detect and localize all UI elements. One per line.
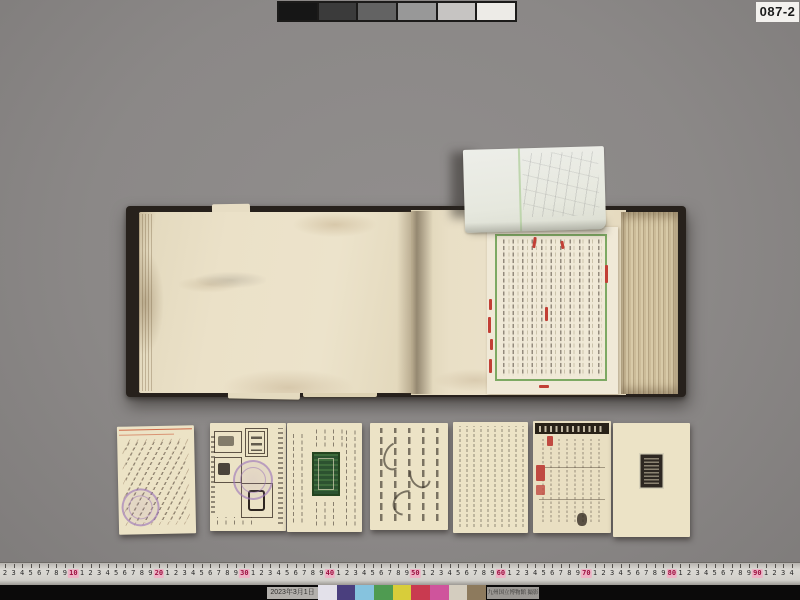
ruler-number: 8	[653, 569, 657, 578]
ruler-number: 1	[80, 569, 84, 578]
ruler-tick	[193, 564, 194, 568]
stamp-inner-frame	[318, 458, 334, 490]
ruler-tick	[706, 564, 707, 568]
ruler-tick	[210, 564, 211, 568]
ruler-tick	[313, 564, 314, 568]
printed-kanji-box	[245, 428, 268, 457]
ruler-number: 5	[200, 569, 204, 578]
ruler-tick	[347, 564, 348, 568]
grayscale-patch	[477, 3, 515, 20]
handwriting-pattern	[290, 433, 310, 525]
book-gutter-shadow	[397, 211, 433, 394]
ruler-number: 9	[234, 569, 238, 578]
ruler-tick	[99, 564, 100, 568]
ruler-decade-number: 70	[581, 569, 591, 578]
ruler-tick	[125, 564, 126, 568]
red-border-line	[119, 434, 174, 436]
ruler-number: 8	[396, 569, 400, 578]
printed-title-band	[535, 423, 609, 434]
ruler-tick	[509, 564, 510, 568]
ruler-number: 2	[3, 569, 7, 578]
ruler-tick	[672, 564, 673, 568]
museum-credit-label: 九州国立博物館 撮影	[487, 587, 539, 599]
ruler-number: 2	[687, 569, 691, 578]
ruler-tick	[569, 564, 570, 568]
ruler-tick	[621, 564, 622, 568]
ruler-number: 5	[713, 569, 717, 578]
red-seal-mark	[547, 436, 553, 446]
ink-smudge	[577, 513, 587, 526]
faint-pencil-note	[196, 272, 266, 288]
ruler-tick	[484, 564, 485, 568]
ruler-tick	[749, 564, 750, 568]
printed-side-column	[278, 428, 283, 524]
grayscale-patch	[398, 3, 436, 20]
ruler-number: 3	[524, 569, 528, 578]
ruler-number: 6	[379, 569, 383, 578]
ruler-number: 1	[678, 569, 682, 578]
handwriting-pattern	[313, 427, 343, 449]
ruler-tick	[595, 564, 596, 568]
ruler-number: 6	[465, 569, 469, 578]
ruler-tick	[219, 564, 220, 568]
ruler-tick	[638, 564, 639, 568]
ruler-tick	[415, 564, 416, 568]
ruler-number: 2	[430, 569, 434, 578]
ruler-number: 6	[123, 569, 127, 578]
manuscript-sheet	[487, 227, 618, 394]
ruler-number: 2	[601, 569, 605, 578]
postmark-inner-ring	[128, 495, 152, 519]
ruler-number: 4	[276, 569, 280, 578]
ruler-number: 7	[302, 569, 306, 578]
ruler-tick	[356, 564, 357, 568]
ruler-tick	[475, 564, 476, 568]
ruler-tick	[586, 564, 587, 568]
ruler-number: 6	[37, 569, 41, 578]
ruler-tick	[176, 564, 177, 568]
printed-rule-line	[539, 467, 605, 468]
ruler-tick	[373, 564, 374, 568]
ruler-number: 8	[738, 569, 742, 578]
ruler-number: 9	[63, 569, 67, 578]
ruler-number: 1	[336, 569, 340, 578]
grayscale-patch	[358, 3, 396, 20]
ruler-tick	[244, 564, 245, 568]
ruler-tick	[527, 564, 528, 568]
red-annotation-mark	[539, 385, 549, 388]
grayscale-patch	[319, 3, 357, 20]
measurement-ruler: 2345678910123456789201234567893012345678…	[0, 562, 800, 585]
ruler-tick	[279, 564, 280, 568]
ruler-tick	[304, 564, 305, 568]
ruler-tick	[116, 564, 117, 568]
ruler-number: 4	[618, 569, 622, 578]
ruler-tick	[732, 564, 733, 568]
ruler-tick	[433, 564, 434, 568]
title-band-glyphs	[539, 426, 605, 432]
ruler-number: 7	[730, 569, 734, 578]
ruler-number: 9	[405, 569, 409, 578]
red-border-line	[119, 428, 192, 431]
ruler-tick	[698, 564, 699, 568]
ruler-tick	[467, 564, 468, 568]
ruler-tick	[757, 564, 758, 568]
ruler-number: 3	[182, 569, 186, 578]
postcard-with-green-stamp	[287, 423, 362, 532]
color-patch	[374, 585, 393, 600]
printed-box	[214, 431, 242, 453]
ruler-number: 4	[105, 569, 109, 578]
ruler-tick	[561, 564, 562, 568]
ruler-tick	[14, 564, 15, 568]
handwriting-pattern	[313, 501, 341, 528]
folded-paper-sheet	[463, 146, 606, 233]
ruler-tick	[321, 564, 322, 568]
ruler-tick	[262, 564, 263, 568]
ruler-tick	[330, 564, 331, 568]
ruler-tick	[142, 564, 143, 568]
handwriting-pattern	[214, 517, 256, 527]
ruler-decade-number: 40	[325, 569, 335, 578]
ruler-tick	[766, 564, 767, 568]
ruler-number: 4	[447, 569, 451, 578]
ruler-tick	[501, 564, 502, 568]
ruler-tick	[604, 564, 605, 568]
postmark-inner-ring	[240, 467, 266, 493]
ruler-number: 3	[11, 569, 15, 578]
ruler-number: 5	[285, 569, 289, 578]
ruler-number: 3	[781, 569, 785, 578]
ruler-tick	[792, 564, 793, 568]
postcard-blank-with-stamp	[613, 423, 690, 537]
green-postage-stamp-icon	[312, 452, 340, 496]
ruler-number: 1	[251, 569, 255, 578]
ruler-number: 9	[148, 569, 152, 578]
ruler-number: 6	[208, 569, 212, 578]
ruler-tick	[552, 564, 553, 568]
ruler-tick	[22, 564, 23, 568]
ruler-number: 3	[353, 569, 357, 578]
ruler-number: 7	[559, 569, 563, 578]
red-seal-mark	[536, 465, 545, 481]
ruler-tick	[629, 564, 630, 568]
ruler-tick	[287, 564, 288, 568]
handwriting-pattern	[457, 426, 524, 529]
capture-date-label: 2023年3月1日	[267, 587, 318, 599]
ruler-number: 9	[490, 569, 494, 578]
ruler-number: 1	[165, 569, 169, 578]
ruler-tick	[441, 564, 442, 568]
ruler-number: 9	[747, 569, 751, 578]
ruler-tick	[296, 564, 297, 568]
ruler-number: 8	[140, 569, 144, 578]
ruler-decade-number: 60	[496, 569, 506, 578]
ruler-number: 9	[319, 569, 323, 578]
color-calibration-patches	[318, 585, 486, 600]
ruler-tick	[31, 564, 32, 568]
red-seal-mark	[536, 485, 545, 495]
ruler-number: 6	[550, 569, 554, 578]
ruler-decade-number: 30	[239, 569, 249, 578]
grayscale-patch	[279, 3, 317, 20]
red-annotation-mark	[545, 307, 548, 321]
ruler-number: 2	[174, 569, 178, 578]
ruler-number: 9	[576, 569, 580, 578]
ruler-tick	[578, 564, 579, 568]
ruler-number: 3	[268, 569, 272, 578]
ruler-tick	[56, 564, 57, 568]
ruler-tick	[270, 564, 271, 568]
ruler-number: 7	[388, 569, 392, 578]
ruler-number: 4	[704, 569, 708, 578]
ruler-number: 5	[114, 569, 118, 578]
ruler-tick	[407, 564, 408, 568]
ruler-tick	[544, 564, 545, 568]
ruler-number: 3	[610, 569, 614, 578]
ruler-number: 6	[636, 569, 640, 578]
faint-pencil-writing	[522, 151, 600, 217]
ruler-tick	[167, 564, 168, 568]
ruler-tick	[390, 564, 391, 568]
red-annotation-mark	[489, 299, 492, 310]
ruler-tick	[364, 564, 365, 568]
red-annotation-mark	[489, 359, 492, 373]
ruler-number: 7	[131, 569, 135, 578]
red-annotation-mark	[605, 265, 608, 283]
handwriting-pattern	[343, 428, 359, 528]
ruler-number: 8	[225, 569, 229, 578]
ruler-tick	[492, 564, 493, 568]
ruler-number: 7	[473, 569, 477, 578]
ruler-number: 8	[311, 569, 315, 578]
ruler-decade-number: 80	[667, 569, 677, 578]
ruler-number: 6	[294, 569, 298, 578]
black-ornate-stamp-icon	[639, 453, 664, 489]
ruler-number: 7	[217, 569, 221, 578]
color-patch	[393, 585, 412, 600]
ruler-tick	[424, 564, 425, 568]
grayscale-calibration-bar	[277, 1, 517, 22]
ruler-tick	[646, 564, 647, 568]
printed-illustration	[218, 436, 234, 446]
ruler-tick	[5, 564, 6, 568]
ruler-tick	[723, 564, 724, 568]
ruler-tick	[680, 564, 681, 568]
ruler-number: 4	[789, 569, 793, 578]
ruler-number: 4	[533, 569, 537, 578]
postcard-printed-notice	[533, 421, 611, 533]
printed-illustration	[218, 463, 230, 475]
grayscale-patch	[438, 3, 476, 20]
ruler-number: 9	[661, 569, 665, 578]
ruler-number: 3	[97, 569, 101, 578]
ruler-number: 1	[422, 569, 426, 578]
ruler-tick	[133, 564, 134, 568]
ruler-tick	[150, 564, 151, 568]
color-patch	[430, 585, 449, 600]
red-annotation-mark	[490, 339, 493, 350]
ruler-tick	[202, 564, 203, 568]
ruler-number: 1	[507, 569, 511, 578]
ruler-tick	[612, 564, 613, 568]
ruler-number: 5	[542, 569, 546, 578]
ruler-number: 4	[20, 569, 24, 578]
ruler-tick	[253, 564, 254, 568]
ruler-tick	[73, 564, 74, 568]
ruler-tick	[338, 564, 339, 568]
ruler-tick	[775, 564, 776, 568]
ruler-number: 3	[439, 569, 443, 578]
ruler-number: 8	[54, 569, 58, 578]
color-patch	[355, 585, 374, 600]
red-annotation-mark	[488, 317, 491, 333]
printed-text-columns	[540, 439, 604, 524]
ruler-number: 3	[695, 569, 699, 578]
ruler-tick	[398, 564, 399, 568]
ruler-number: 1	[764, 569, 768, 578]
ruler-tick	[663, 564, 664, 568]
printed-rule-line	[539, 499, 605, 500]
purple-postmark-stamp-icon	[233, 460, 273, 500]
color-patch	[318, 585, 337, 600]
ruler-number: 4	[362, 569, 366, 578]
ruler-number: 2	[345, 569, 349, 578]
ruler-number: 5	[456, 569, 460, 578]
ruler-number: 2	[772, 569, 776, 578]
ruler-tick	[159, 564, 160, 568]
ruler-tick	[518, 564, 519, 568]
ruler-number: 2	[259, 569, 263, 578]
ruler-tick	[535, 564, 536, 568]
ruler-number: 2	[516, 569, 520, 578]
ruler-tick	[82, 564, 83, 568]
photo-id-label: 087-2	[756, 2, 799, 22]
ruler-number: 8	[567, 569, 571, 578]
ruler-number: 6	[721, 569, 725, 578]
ruler-tick	[689, 564, 690, 568]
handwritten-text-columns	[500, 239, 602, 376]
ruler-tick	[655, 564, 656, 568]
ruler-tick	[227, 564, 228, 568]
ruler-tick	[715, 564, 716, 568]
color-patch	[411, 585, 430, 600]
right-page-edge-stack	[621, 212, 678, 394]
ruler-number: 5	[627, 569, 631, 578]
stamp-inner-pattern	[644, 458, 659, 484]
color-patch	[449, 585, 468, 600]
ruler-number: 1	[593, 569, 597, 578]
album-left-page	[139, 212, 411, 393]
ruler-number: 2	[88, 569, 92, 578]
ruler-tick	[108, 564, 109, 568]
left-page-edge-stack	[139, 214, 152, 391]
ruler-tick	[783, 564, 784, 568]
color-patch	[467, 585, 486, 600]
photo-stage: 087-2	[0, 0, 800, 600]
ruler-tick	[740, 564, 741, 568]
postcard-handwritten-1	[117, 425, 196, 535]
ruler-tick	[450, 564, 451, 568]
ruler-tick	[48, 564, 49, 568]
postcard-printed-advert	[210, 423, 286, 531]
ruler-tick	[65, 564, 66, 568]
ruler-tick	[236, 564, 237, 568]
ruler-number: 5	[371, 569, 375, 578]
ruler-number: 4	[191, 569, 195, 578]
ruler-number: 7	[46, 569, 50, 578]
color-patch	[337, 585, 356, 600]
postcard-bold-calligraphy	[370, 423, 448, 530]
ruler-number: 7	[644, 569, 648, 578]
ruler-decade-number: 10	[68, 569, 78, 578]
ruler-tick	[458, 564, 459, 568]
ruler-tick	[91, 564, 92, 568]
ruler-decade-number: 50	[410, 569, 420, 578]
ruler-decade-number: 90	[752, 569, 762, 578]
ruler-decade-number: 20	[154, 569, 164, 578]
ruler-number: 8	[482, 569, 486, 578]
ruler-tick	[39, 564, 40, 568]
ruler-number: 5	[29, 569, 33, 578]
ruler-tick	[381, 564, 382, 568]
ruler-tick	[185, 564, 186, 568]
postcard-handwritten-2	[453, 422, 528, 533]
